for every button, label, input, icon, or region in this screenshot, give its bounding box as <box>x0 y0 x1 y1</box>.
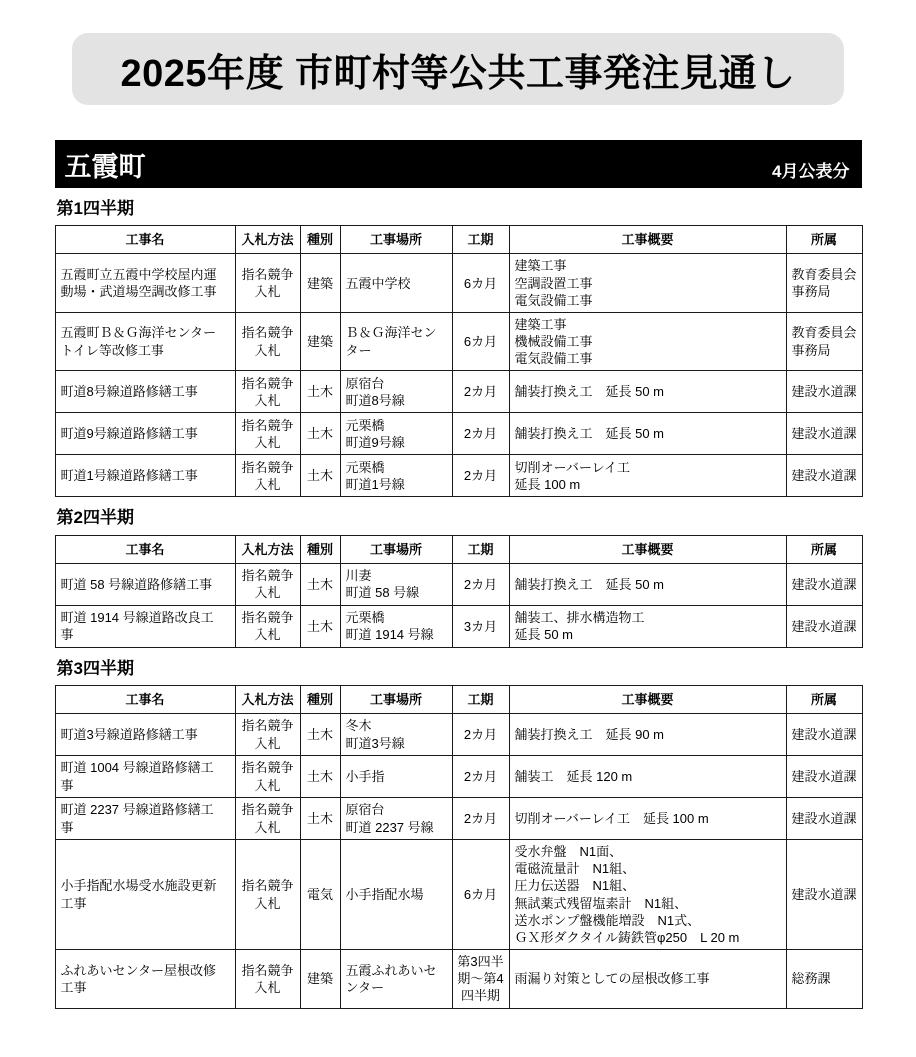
quarter-section: 第2四半期 工事名 入札方法 種別 工事場所 工期 工事概要 所属 町道 5 <box>55 508 862 647</box>
cell-location: 川妻 町道 58 号線 <box>340 563 452 605</box>
cell-department: 教育委員会 事務局 <box>786 312 862 370</box>
col-header-location: 工事場所 <box>340 226 452 254</box>
cell-bid-method: 指名競争入札 <box>235 254 300 312</box>
cell-period: 2カ月 <box>452 455 509 497</box>
cell-project-name: 小手指配水場受水施設更新工事 <box>55 840 235 950</box>
table-row: ふれあいセンター屋根改修工事 指名競争入札 建築 五霞ふれあいセンター 第3四半… <box>55 950 862 1008</box>
cell-category: 土木 <box>300 413 340 455</box>
table-row: 町道 58 号線道路修繕工事 指名競争入札 土木 川妻 町道 58 号線 2カ月… <box>55 563 862 605</box>
cell-category: 土木 <box>300 714 340 756</box>
col-header-bid-method: 入札方法 <box>235 226 300 254</box>
table-row: 町道8号線道路修繕工事 指名競争入札 土木 原宿台 町道8号線 2カ月 舗装打換… <box>55 371 862 413</box>
cell-category: 建築 <box>300 950 340 1008</box>
cell-project-name: 町道 1914 号線道路改良工事 <box>55 605 235 647</box>
col-header-bid-method: 入札方法 <box>235 535 300 563</box>
cell-category: 土木 <box>300 371 340 413</box>
cell-period: 2カ月 <box>452 563 509 605</box>
cell-department: 建設水道課 <box>786 798 862 840</box>
cell-bid-method: 指名競争入札 <box>235 714 300 756</box>
quarter-heading: 第3四半期 <box>57 659 862 679</box>
col-header-project-name: 工事名 <box>55 226 235 254</box>
cell-location: 冬木 町道3号線 <box>340 714 452 756</box>
cell-department: 建設水道課 <box>786 563 862 605</box>
cell-period: 2カ月 <box>452 714 509 756</box>
cell-period: 6カ月 <box>452 312 509 370</box>
table-row: 五霞町立五霞中学校屋内運動場・武道場空調改修工事 指名競争入札 建築 五霞中学校… <box>55 254 862 312</box>
cell-summary: 舗装工 延長 120 m <box>509 756 786 798</box>
cell-bid-method: 指名競争入札 <box>235 950 300 1008</box>
works-table: 工事名 入札方法 種別 工事場所 工期 工事概要 所属 町道3号線道路修繕工事 … <box>55 685 863 1008</box>
cell-summary: 舗装工、排水構造物工 延長 50 m <box>509 605 786 647</box>
cell-summary: 舗装打換え工 延長 90 m <box>509 714 786 756</box>
cell-project-name: 町道1号線道路修繕工事 <box>55 455 235 497</box>
cell-summary: 舗装打換え工 延長 50 m <box>509 413 786 455</box>
quarter-sections-container: 第1四半期 工事名 入札方法 種別 工事場所 工期 工事概要 所属 五霞町立 <box>55 199 862 1023</box>
cell-bid-method: 指名競争入札 <box>235 563 300 605</box>
cell-project-name: 町道 58 号線道路修繕工事 <box>55 563 235 605</box>
cell-summary: 雨漏り対策としての屋根改修工事 <box>509 950 786 1008</box>
cell-project-name: 五霞町Ｂ＆Ｇ海洋センタートイレ等改修工事 <box>55 312 235 370</box>
cell-department: 総務課 <box>786 950 862 1008</box>
col-header-bid-method: 入札方法 <box>235 686 300 714</box>
works-table: 工事名 入札方法 種別 工事場所 工期 工事概要 所属 五霞町立五霞中学校屋内運… <box>55 225 863 497</box>
cell-location: 原宿台 町道8号線 <box>340 371 452 413</box>
table-header-row: 工事名 入札方法 種別 工事場所 工期 工事概要 所属 <box>55 535 862 563</box>
cell-category: 土木 <box>300 455 340 497</box>
cell-bid-method: 指名競争入札 <box>235 455 300 497</box>
col-header-category: 種別 <box>300 226 340 254</box>
cell-period: 第3四半期～第4四半期 <box>452 950 509 1008</box>
cell-summary: 切削オーバーレイ工 延長 100 m <box>509 798 786 840</box>
cell-period: 2カ月 <box>452 413 509 455</box>
page-title: 2025年度 市町村等公共工事発注見通し <box>120 42 795 97</box>
cell-location: 小手指配水場 <box>340 840 452 950</box>
cell-category: 土木 <box>300 756 340 798</box>
cell-location: 原宿台 町道 2237 号線 <box>340 798 452 840</box>
cell-department: 建設水道課 <box>786 714 862 756</box>
cell-period: 2カ月 <box>452 798 509 840</box>
col-header-summary: 工事概要 <box>509 686 786 714</box>
cell-location: Ｂ＆Ｇ海洋センター <box>340 312 452 370</box>
cell-summary: 建築工事 機械設備工事 電気設備工事 <box>509 312 786 370</box>
col-header-location: 工事場所 <box>340 686 452 714</box>
cell-department: 教育委員会 事務局 <box>786 254 862 312</box>
col-header-location: 工事場所 <box>340 535 452 563</box>
table-row: 町道9号線道路修繕工事 指名競争入札 土木 元栗橋 町道9号線 2カ月 舗装打換… <box>55 413 862 455</box>
cell-bid-method: 指名競争入札 <box>235 798 300 840</box>
table-row: 五霞町Ｂ＆Ｇ海洋センタートイレ等改修工事 指名競争入札 建築 Ｂ＆Ｇ海洋センター… <box>55 312 862 370</box>
col-header-summary: 工事概要 <box>509 226 786 254</box>
quarter-heading: 第2四半期 <box>57 508 862 528</box>
table-row: 町道 2237 号線道路修繕工事 指名競争入札 土木 原宿台 町道 2237 号… <box>55 798 862 840</box>
cell-period: 6カ月 <box>452 840 509 950</box>
cell-bid-method: 指名競争入札 <box>235 840 300 950</box>
table-row: 町道3号線道路修繕工事 指名競争入札 土木 冬木 町道3号線 2カ月 舗装打換え… <box>55 714 862 756</box>
title-banner: 2025年度 市町村等公共工事発注見通し <box>72 33 844 105</box>
cell-bid-method: 指名競争入札 <box>235 756 300 798</box>
col-header-project-name: 工事名 <box>55 686 235 714</box>
table-body: 五霞町立五霞中学校屋内運動場・武道場空調改修工事 指名競争入札 建築 五霞中学校… <box>55 254 862 497</box>
quarter-section: 第3四半期 工事名 入札方法 種別 工事場所 工期 工事概要 所属 町道3号 <box>55 659 862 1009</box>
col-header-period: 工期 <box>452 226 509 254</box>
cell-department: 建設水道課 <box>786 371 862 413</box>
cell-bid-method: 指名競争入札 <box>235 371 300 413</box>
municipality-name: 五霞町 <box>65 145 146 184</box>
table-row: 町道1号線道路修繕工事 指名競争入札 土木 元栗橋 町道1号線 2カ月 切削オー… <box>55 455 862 497</box>
cell-summary: 舗装打換え工 延長 50 m <box>509 371 786 413</box>
cell-location: 五霞中学校 <box>340 254 452 312</box>
cell-location: 元栗橋 町道9号線 <box>340 413 452 455</box>
cell-bid-method: 指名競争入札 <box>235 413 300 455</box>
cell-bid-method: 指名競争入札 <box>235 312 300 370</box>
cell-summary: 建築工事 空調設置工事 電気設備工事 <box>509 254 786 312</box>
cell-period: 2カ月 <box>452 371 509 413</box>
cell-project-name: 町道 2237 号線道路修繕工事 <box>55 798 235 840</box>
cell-department: 建設水道課 <box>786 455 862 497</box>
works-table: 工事名 入札方法 種別 工事場所 工期 工事概要 所属 町道 58 号線道路修繕… <box>55 535 863 648</box>
cell-category: 土木 <box>300 605 340 647</box>
cell-category: 土木 <box>300 563 340 605</box>
cell-department: 建設水道課 <box>786 605 862 647</box>
cell-location: 五霞ふれあいセンター <box>340 950 452 1008</box>
col-header-department: 所属 <box>786 535 862 563</box>
cell-department: 建設水道課 <box>786 756 862 798</box>
col-header-department: 所属 <box>786 226 862 254</box>
quarter-section: 第1四半期 工事名 入札方法 種別 工事場所 工期 工事概要 所属 五霞町立 <box>55 199 862 497</box>
cell-project-name: 町道3号線道路修繕工事 <box>55 714 235 756</box>
cell-period: 2カ月 <box>452 756 509 798</box>
table-header-row: 工事名 入札方法 種別 工事場所 工期 工事概要 所属 <box>55 686 862 714</box>
cell-bid-method: 指名競争入札 <box>235 605 300 647</box>
municipality-bar: 五霞町 4月公表分 <box>55 140 862 188</box>
col-header-category: 種別 <box>300 686 340 714</box>
table-body: 町道3号線道路修繕工事 指名競争入札 土木 冬木 町道3号線 2カ月 舗装打換え… <box>55 714 862 1008</box>
cell-department: 建設水道課 <box>786 413 862 455</box>
cell-project-name: ふれあいセンター屋根改修工事 <box>55 950 235 1008</box>
cell-category: 電気 <box>300 840 340 950</box>
cell-category: 土木 <box>300 798 340 840</box>
col-header-project-name: 工事名 <box>55 535 235 563</box>
table-body: 町道 58 号線道路修繕工事 指名競争入札 土木 川妻 町道 58 号線 2カ月… <box>55 563 862 647</box>
cell-project-name: 町道8号線道路修繕工事 <box>55 371 235 413</box>
cell-project-name: 五霞町立五霞中学校屋内運動場・武道場空調改修工事 <box>55 254 235 312</box>
cell-period: 3カ月 <box>452 605 509 647</box>
cell-location: 小手指 <box>340 756 452 798</box>
cell-project-name: 町道9号線道路修繕工事 <box>55 413 235 455</box>
table-row: 町道 1004 号線道路修繕工事 指名競争入札 土木 小手指 2カ月 舗装工 延… <box>55 756 862 798</box>
col-header-period: 工期 <box>452 686 509 714</box>
col-header-department: 所属 <box>786 686 862 714</box>
quarter-heading: 第1四半期 <box>57 199 862 219</box>
cell-project-name: 町道 1004 号線道路修繕工事 <box>55 756 235 798</box>
cell-location: 元栗橋 町道 1914 号線 <box>340 605 452 647</box>
publication-month-label: 4月公表分 <box>772 157 849 182</box>
cell-summary: 舗装打換え工 延長 50 m <box>509 563 786 605</box>
cell-summary: 切削オーバーレイ工 延長 100 m <box>509 455 786 497</box>
table-row: 町道 1914 号線道路改良工事 指名競争入札 土木 元栗橋 町道 1914 号… <box>55 605 862 647</box>
col-header-period: 工期 <box>452 535 509 563</box>
table-header-row: 工事名 入札方法 種別 工事場所 工期 工事概要 所属 <box>55 226 862 254</box>
col-header-summary: 工事概要 <box>509 535 786 563</box>
cell-period: 6カ月 <box>452 254 509 312</box>
cell-location: 元栗橋 町道1号線 <box>340 455 452 497</box>
cell-category: 建築 <box>300 254 340 312</box>
col-header-category: 種別 <box>300 535 340 563</box>
cell-department: 建設水道課 <box>786 840 862 950</box>
cell-summary: 受水弁盤 N1面、 電磁流量計 N1組、 圧力伝送器 N1組、 無試薬式残留塩素… <box>509 840 786 950</box>
table-row: 小手指配水場受水施設更新工事 指名競争入札 電気 小手指配水場 6カ月 受水弁盤… <box>55 840 862 950</box>
cell-category: 建築 <box>300 312 340 370</box>
document-page: 2025年度 市町村等公共工事発注見通し 五霞町 4月公表分 第1四半期 工事名… <box>0 33 916 1057</box>
